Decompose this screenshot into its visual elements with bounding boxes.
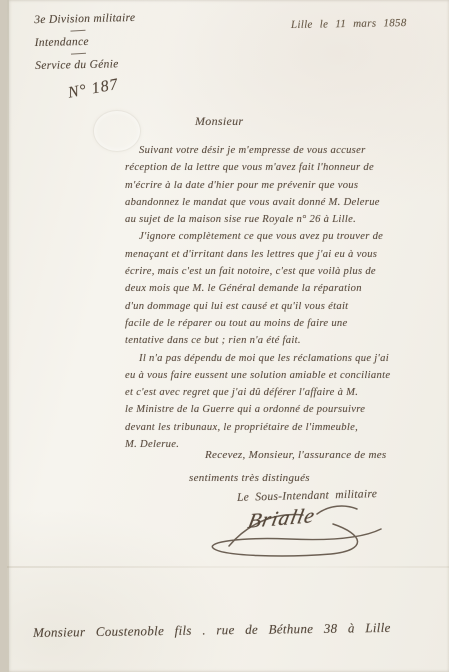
signature: Brialle [205,500,390,566]
body-line: Suivant votre désir je m'empresse de vou… [125,142,449,159]
body-line: et c'est avec regret que j'ai dû déférer… [125,384,449,401]
body-line: devant les tribunaux, le propriétaire de… [125,419,449,436]
closing-line-2: sentiments très distingués [189,467,449,490]
letterhead-division: 3e Division militaire [34,12,135,26]
letterhead: 3e Division militaire Intendance Service… [34,12,137,98]
paper-left-edge [7,0,9,672]
body-line: tentative dans ce but ; rien n'a été fai… [125,332,449,349]
paragraph-3: Il n'a pas dépendu de moi que les réclam… [125,350,449,454]
letterhead-divider-2 [71,53,86,55]
letterhead-intendance: Intendance [35,35,136,49]
body-line: deux mois que M. le Général demande la r… [125,280,449,297]
body-line: facile de le réparer ou tout au moins de… [125,315,449,332]
body-line: menaçant et d'irritant dans les lettres … [125,246,449,263]
body-line: écrire, mais c'est un fait notoire, c'es… [125,263,449,280]
paragraph-2: J'ignore complètement ce que vous avez p… [125,228,449,349]
address-line: Monsieur Coustenoble fils . rue de Béthu… [33,619,448,641]
salutation: Monsieur [195,114,243,129]
letter-body: Suivant votre désir je m'empresse de vou… [125,142,449,453]
letterhead-number: N° 187 [67,73,138,103]
paper-fold-crease [7,566,449,568]
closing-formula: Recevez, Monsieur, l'assurance de mes se… [125,444,449,490]
letterhead-divider-1 [70,30,85,32]
body-line: au sujet de la maison sise rue Royale n°… [125,211,449,228]
body-line: Il n'a pas dépendu de moi que les réclam… [125,350,449,367]
paragraph-1: Suivant votre désir je m'empresse de vou… [125,142,449,228]
body-line: abandonnez le mandat que vous avait donn… [125,194,449,211]
dateline: Lille le 11 mars 1858 [291,17,407,31]
body-line: d'un dommage qui lui est causé et qu'il … [125,298,449,315]
body-line: réception de la lettre que vous m'avez f… [125,159,449,176]
body-line: eu à vous faire eussent une solution ami… [125,367,449,384]
body-line: m'écrire à la date d'hier pour me préven… [125,177,449,194]
body-line: le Ministre de la Guerre qui a ordonné d… [125,401,449,418]
closing-line-1: Recevez, Monsieur, l'assurance de mes [205,444,449,467]
letterhead-service: Service du Génie [35,58,136,72]
body-line: J'ignore complètement ce que vous avez p… [125,228,449,245]
letter-paper: 3e Division militaire Intendance Service… [7,0,449,672]
